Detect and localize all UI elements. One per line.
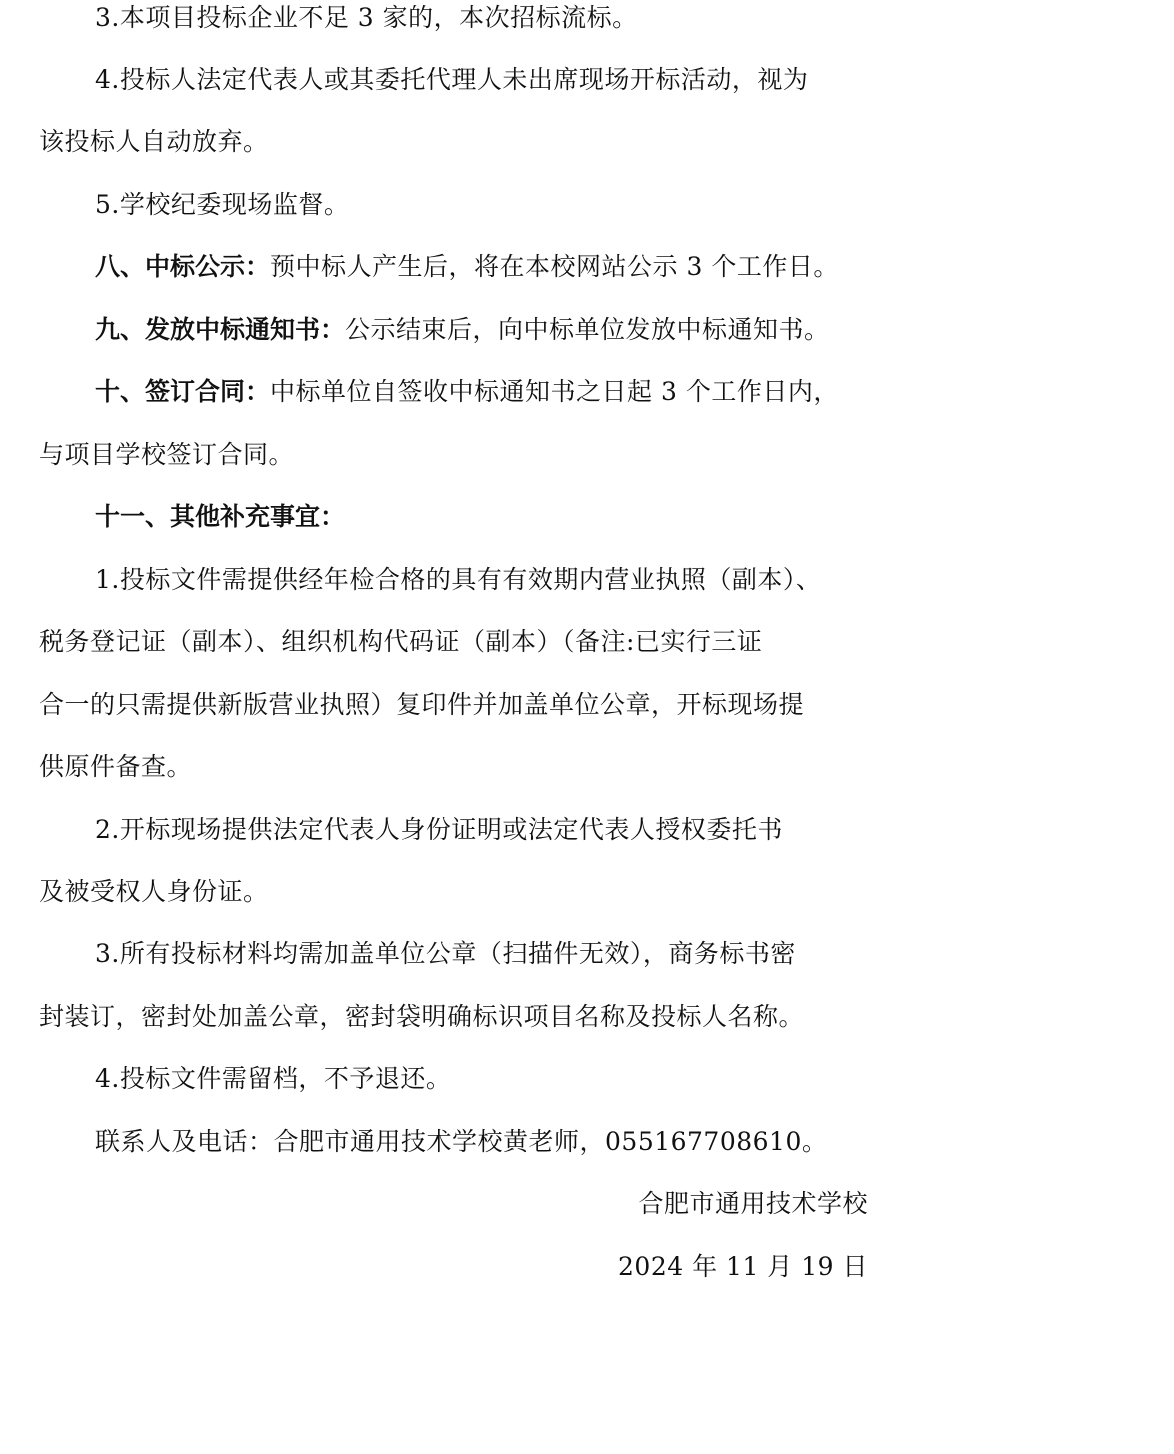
signature-date: 2024 年 11 月 19 日 xyxy=(618,1250,868,1284)
paragraph-bid-failure: 3.本项目投标企业不足 3 家的，本次招标流标。 xyxy=(95,1,638,35)
document-page: 3.本项目投标企业不足 3 家的，本次招标流标。 4.投标人法定代表人或其委托代… xyxy=(0,0,1174,1454)
signature-organization: 合肥市通用技术学校 xyxy=(638,1187,868,1221)
section-body: 中标单位自签收中标通知书之日起 3 个工作日内， xyxy=(270,377,839,406)
item-3-line1: 3.所有投标材料均需加盖单位公章（扫描件无效），商务标书密 xyxy=(95,937,796,971)
section-8-winning-bid-publicity: 八、中标公示：预中标人产生后，将在本校网站公示 3 个工作日。 xyxy=(95,250,839,284)
section-body: 预中标人产生后，将在本校网站公示 3 个工作日。 xyxy=(270,252,839,281)
paragraph-absence-rule-line2: 该投标人自动放弃。 xyxy=(39,125,269,159)
item-1-line2: 税务登记证（副本）、组织机构代码证（副本）（备注:已实行三证 xyxy=(39,625,762,659)
item-1-line3: 合一的只需提供新版营业执照）复印件并加盖单位公章，开标现场提 xyxy=(39,688,804,722)
section-9-notice-issuance: 九、发放中标通知书：公示结束后，向中标单位发放中标通知书。 xyxy=(95,313,830,347)
item-1-line4: 供原件备查。 xyxy=(39,750,192,784)
contact-info: 联系人及电话：合肥市通用技术学校黄老师，055167708610。 xyxy=(95,1125,827,1159)
item-3-line2: 封装订，密封处加盖公章，密封袋明确标识项目名称及投标人名称。 xyxy=(39,1000,804,1034)
section-11-heading: 十一、其他补充事宜： xyxy=(95,500,345,534)
section-heading: 十、签订合同： xyxy=(95,377,270,406)
item-4: 4.投标文件需留档，不予退还。 xyxy=(95,1062,451,1096)
paragraph-supervision: 5.学校纪委现场监督。 xyxy=(95,188,349,222)
paragraph-absence-rule-line1: 4.投标人法定代表人或其委托代理人未出席现场开标活动，视为 xyxy=(95,63,808,97)
section-10-contract-signing: 十、签订合同：中标单位自签收中标通知书之日起 3 个工作日内， xyxy=(95,375,839,409)
section-heading: 八、中标公示： xyxy=(95,252,270,281)
section-heading: 九、发放中标通知书： xyxy=(95,315,345,344)
item-1-line1: 1.投标文件需提供经年检合格的具有有效期内营业执照（副本）、 xyxy=(95,563,821,597)
item-2-line1: 2.开标现场提供法定代表人身份证明或法定代表人授权委托书 xyxy=(95,813,783,847)
section-10-contract-signing-line2: 与项目学校签订合同。 xyxy=(39,438,294,472)
item-2-line2: 及被受权人身份证。 xyxy=(39,875,269,909)
section-body: 公示结束后，向中标单位发放中标通知书。 xyxy=(345,315,830,344)
